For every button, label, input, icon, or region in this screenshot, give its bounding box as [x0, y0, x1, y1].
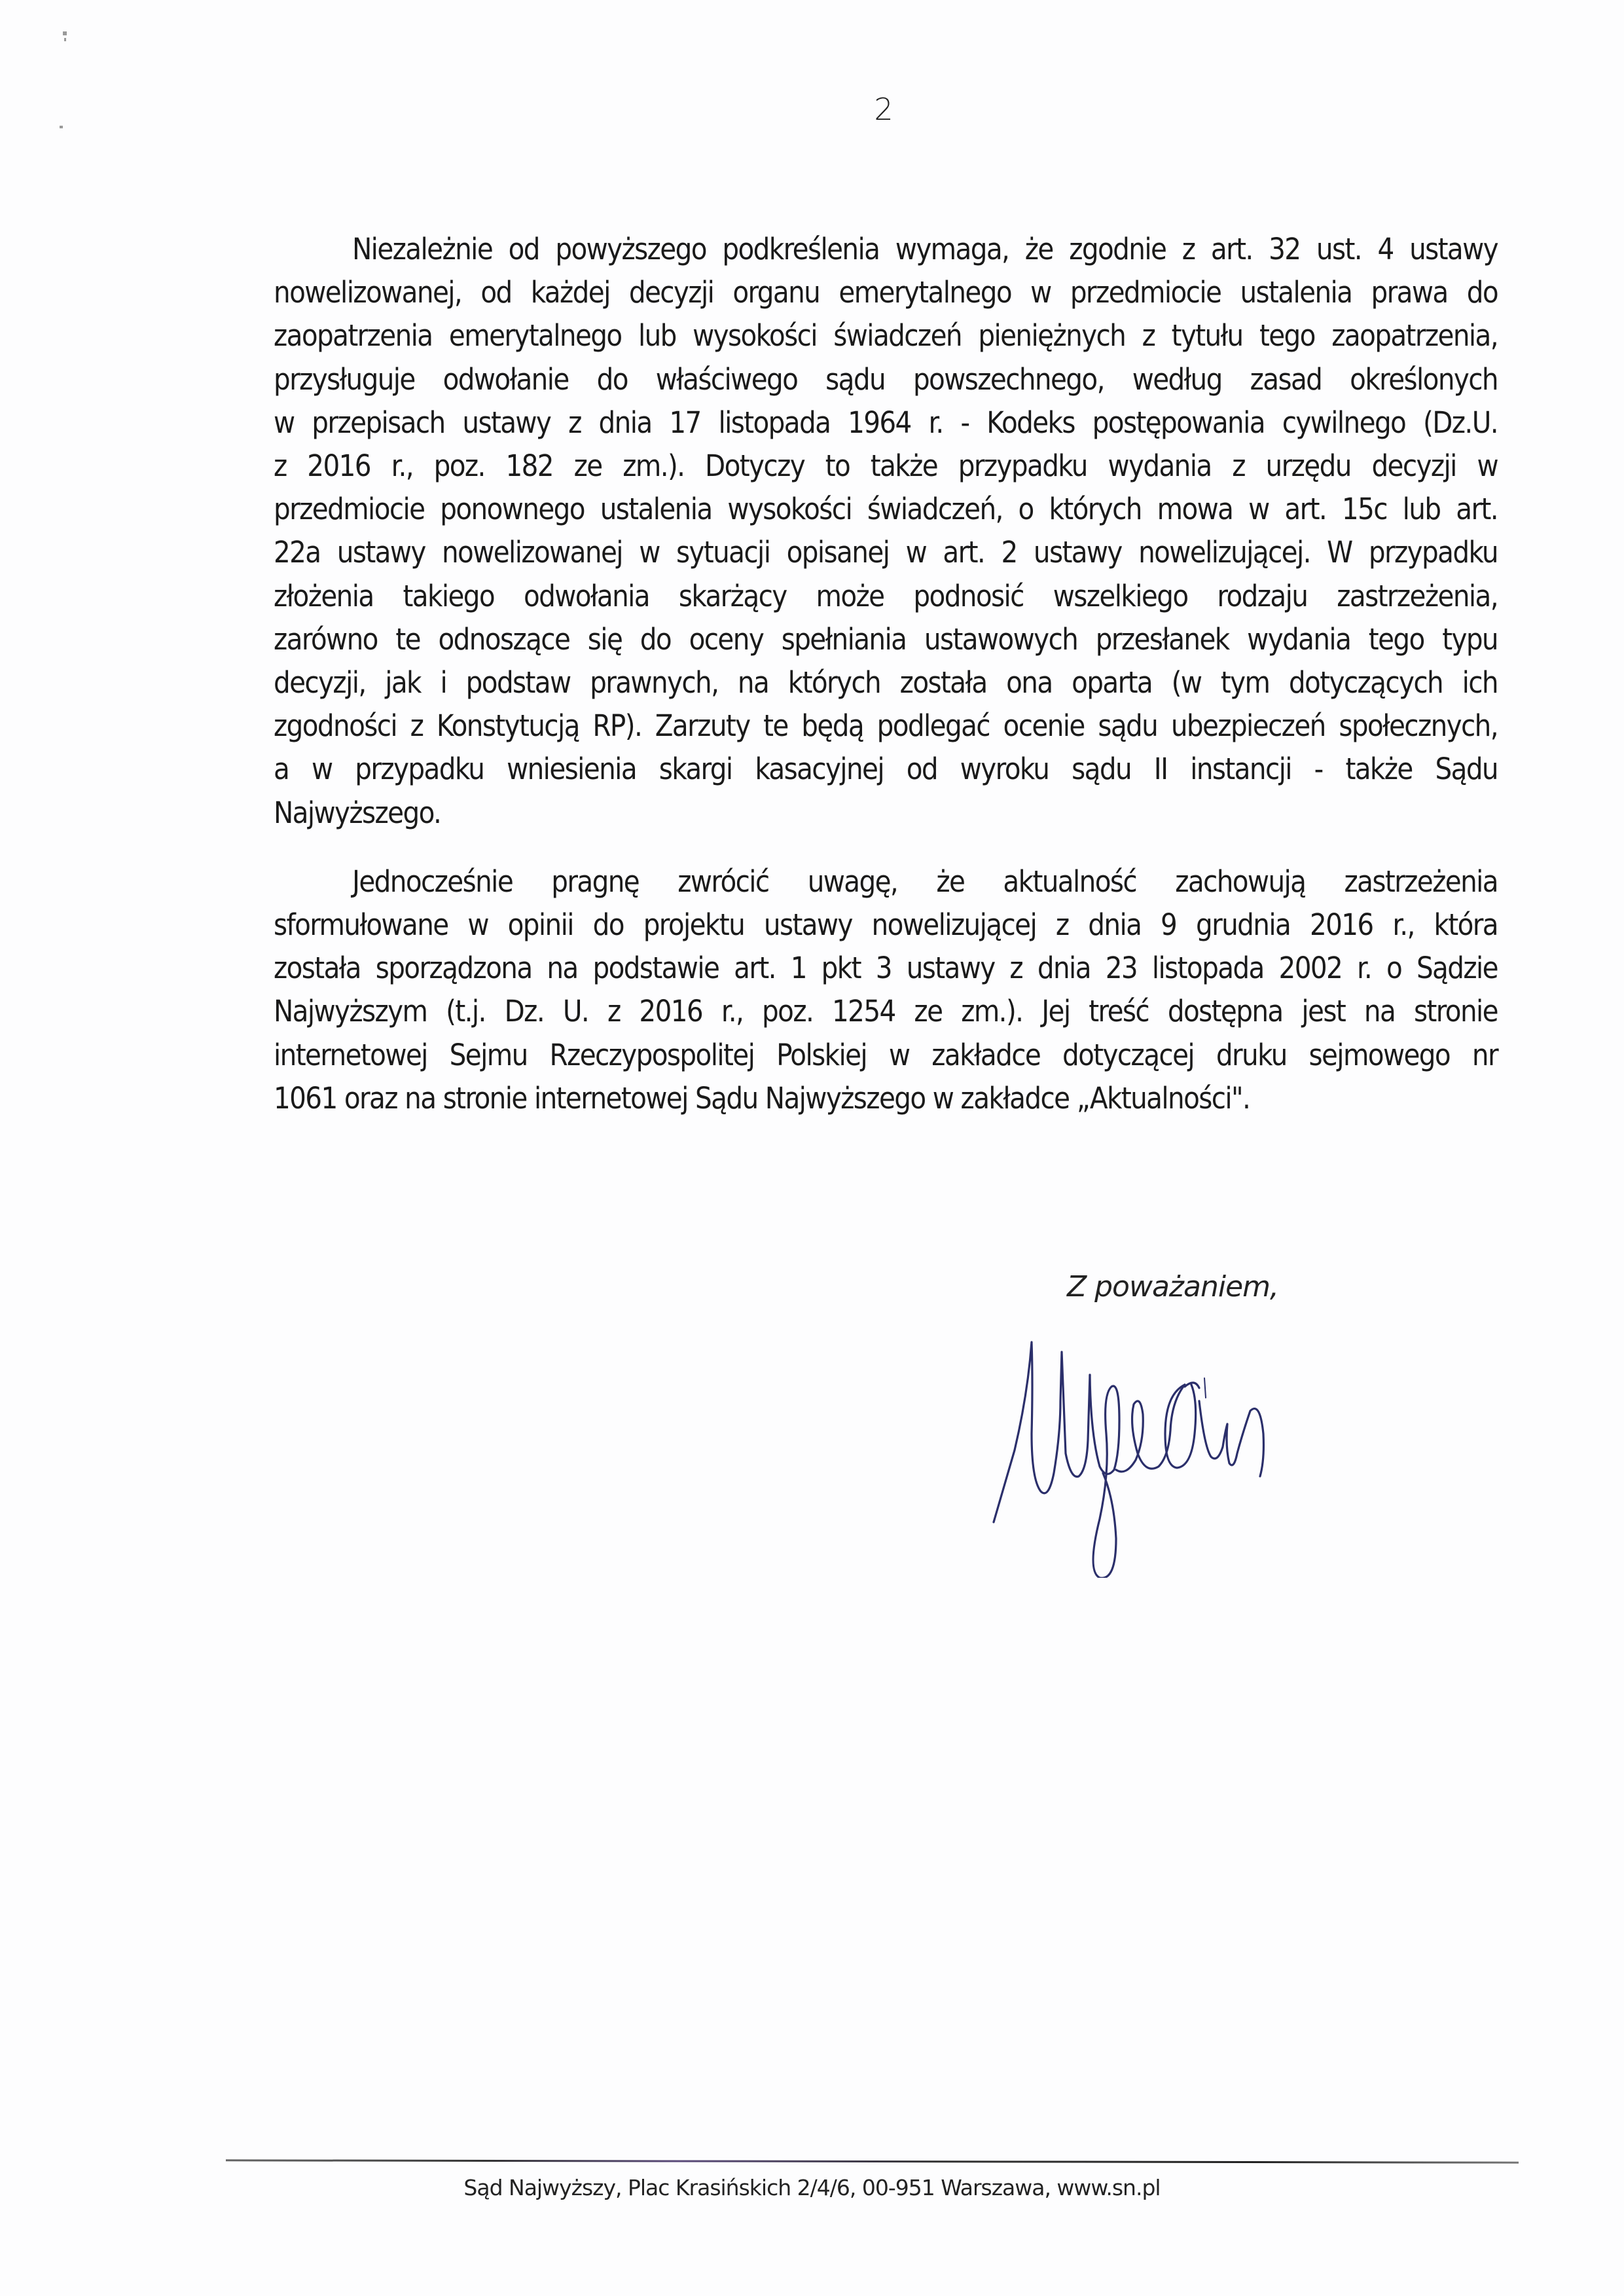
text-line: Niezależnie od powyższego podkreślenia w…	[274, 228, 1498, 271]
text-line: decyzji, jak i podstaw prawnych, na któr…	[274, 661, 1498, 704]
paragraph-2: Jednocześnie pragnę zwrócić uwagę, że ak…	[274, 860, 1498, 1120]
footer-divider	[226, 2159, 1519, 2163]
scan-artifact	[63, 31, 67, 35]
text-line: Najwyższego.	[274, 792, 1498, 835]
text-line: nowelizowanej, od każdej decyzji organu …	[274, 271, 1498, 314]
footer-address: Sąd Najwyższy, Plac Krasińskich 2/4/6, 0…	[0, 2175, 1624, 2200]
text-line: Jednocześnie pragnę zwrócić uwagę, że ak…	[274, 860, 1498, 903]
text-line: internetowej Sejmu Rzeczypospolitej Pols…	[274, 1034, 1498, 1077]
text-line: Najwyższym (t.j. Dz. U. z 2016 r., poz. …	[274, 990, 1498, 1033]
text-line: z 2016 r., poz. 182 ze zm.). Dotyczy to …	[274, 445, 1498, 488]
text-line: złożenia takiego odwołania skarżący może…	[274, 575, 1498, 618]
text-line: zaopatrzenia emerytalnego lub wysokości …	[274, 314, 1498, 357]
text-line: 1061 oraz na stronie internetowej Sądu N…	[274, 1077, 1498, 1120]
text-line: zgodności z Konstytucją RP). Zarzuty te …	[274, 704, 1498, 748]
scan-artifact	[60, 126, 63, 128]
scan-artifact	[64, 38, 66, 41]
paragraph-1: Niezależnie od powyższego podkreślenia w…	[274, 228, 1498, 835]
text-line: przedmiocie ponownego ustalenia wysokośc…	[274, 488, 1498, 531]
text-line: zarówno te odnoszące się do oceny spełni…	[274, 618, 1498, 661]
text-line: została sporządzona na podstawie art. 1 …	[274, 947, 1498, 990]
page-number: 2	[871, 92, 897, 127]
text-line: przysługuje odwołanie do właściwego sądu…	[274, 358, 1498, 401]
text-line: w przepisach ustawy z dnia 17 listopada …	[274, 401, 1498, 445]
text-line: sformułowane w opinii do projektu ustawy…	[274, 903, 1498, 947]
closing-salutation: Z poważaniem,	[1067, 1270, 1278, 1303]
text-line: a w przypadku wniesienia skargi kasacyjn…	[274, 748, 1498, 791]
handwritten-signature	[969, 1303, 1427, 1578]
text-line: 22a ustawy nowelizowanej w sytuacji opis…	[274, 531, 1498, 574]
letter-body: Niezależnie od powyższego podkreślenia w…	[274, 228, 1498, 1120]
